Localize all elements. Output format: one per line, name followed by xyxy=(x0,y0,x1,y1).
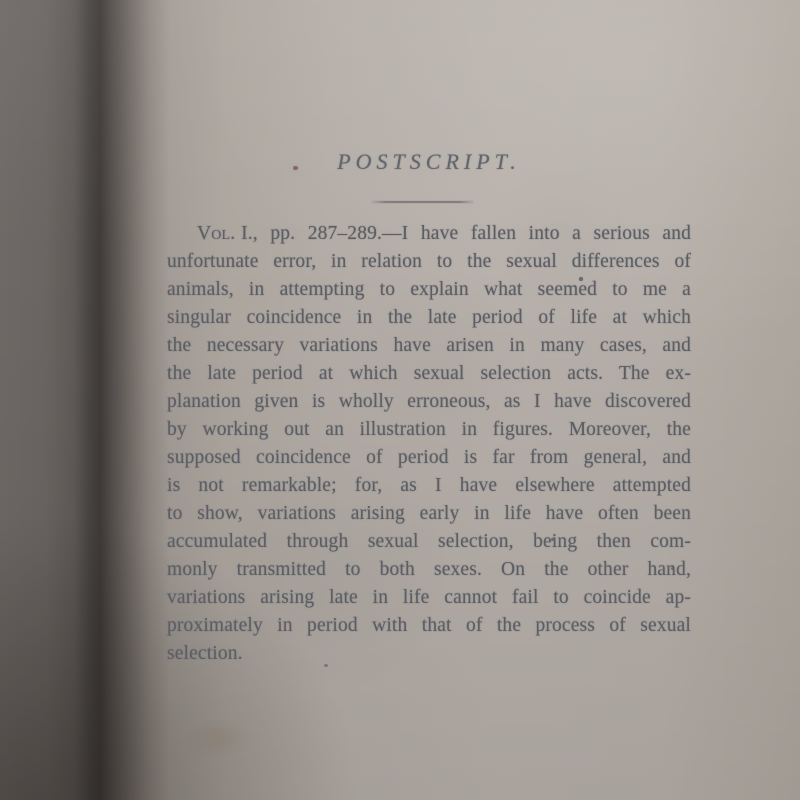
text-line: the necessary variations have arisen in … xyxy=(167,332,691,360)
postscript-paragraph: Vol.I., pp. 287–289.—I have fallen into … xyxy=(167,220,691,668)
text-line: selection. xyxy=(167,640,691,668)
book-page-photo: POSTSCRIPT. Vol.I., pp. 287–289.—I have … xyxy=(0,0,800,800)
text-line: planation given is wholly erroneous, as … xyxy=(167,388,691,416)
printed-text-block: POSTSCRIPT. Vol.I., pp. 287–289.—I have … xyxy=(167,0,691,800)
text-line: the late period at which sexual selectio… xyxy=(167,360,691,388)
volume-reference-smallcaps: Vol. xyxy=(197,223,235,244)
text-line: singular coincidence in the late period … xyxy=(167,304,691,332)
text-line: Vol.I., pp. 287–289.—I have fallen into … xyxy=(167,220,691,248)
text-line: unfortunate error, in relation to the se… xyxy=(167,248,691,276)
text-line: monly transmitted to both sexes. On the … xyxy=(167,556,691,584)
text-line: animals, in attempting to explain what s… xyxy=(167,276,691,304)
text-line: to show, variations arising early in lif… xyxy=(167,500,691,528)
page-heading: POSTSCRIPT. xyxy=(167,149,691,175)
text-line: by working out an illustration in figure… xyxy=(167,416,691,444)
text-line: proximately in period with that of the p… xyxy=(167,612,691,640)
text-line: accumulated through sexual selection, be… xyxy=(167,528,691,556)
heading-divider-rule xyxy=(372,201,473,203)
text-line: is not remarkable; for, as I have elsewh… xyxy=(167,472,691,500)
text-line: supposed coincidence of period is far fr… xyxy=(167,444,691,472)
text-line: variations arising late in life cannot f… xyxy=(167,584,691,612)
text-line-continuation: I., pp. 287–289.—I have fallen into a se… xyxy=(241,223,691,244)
